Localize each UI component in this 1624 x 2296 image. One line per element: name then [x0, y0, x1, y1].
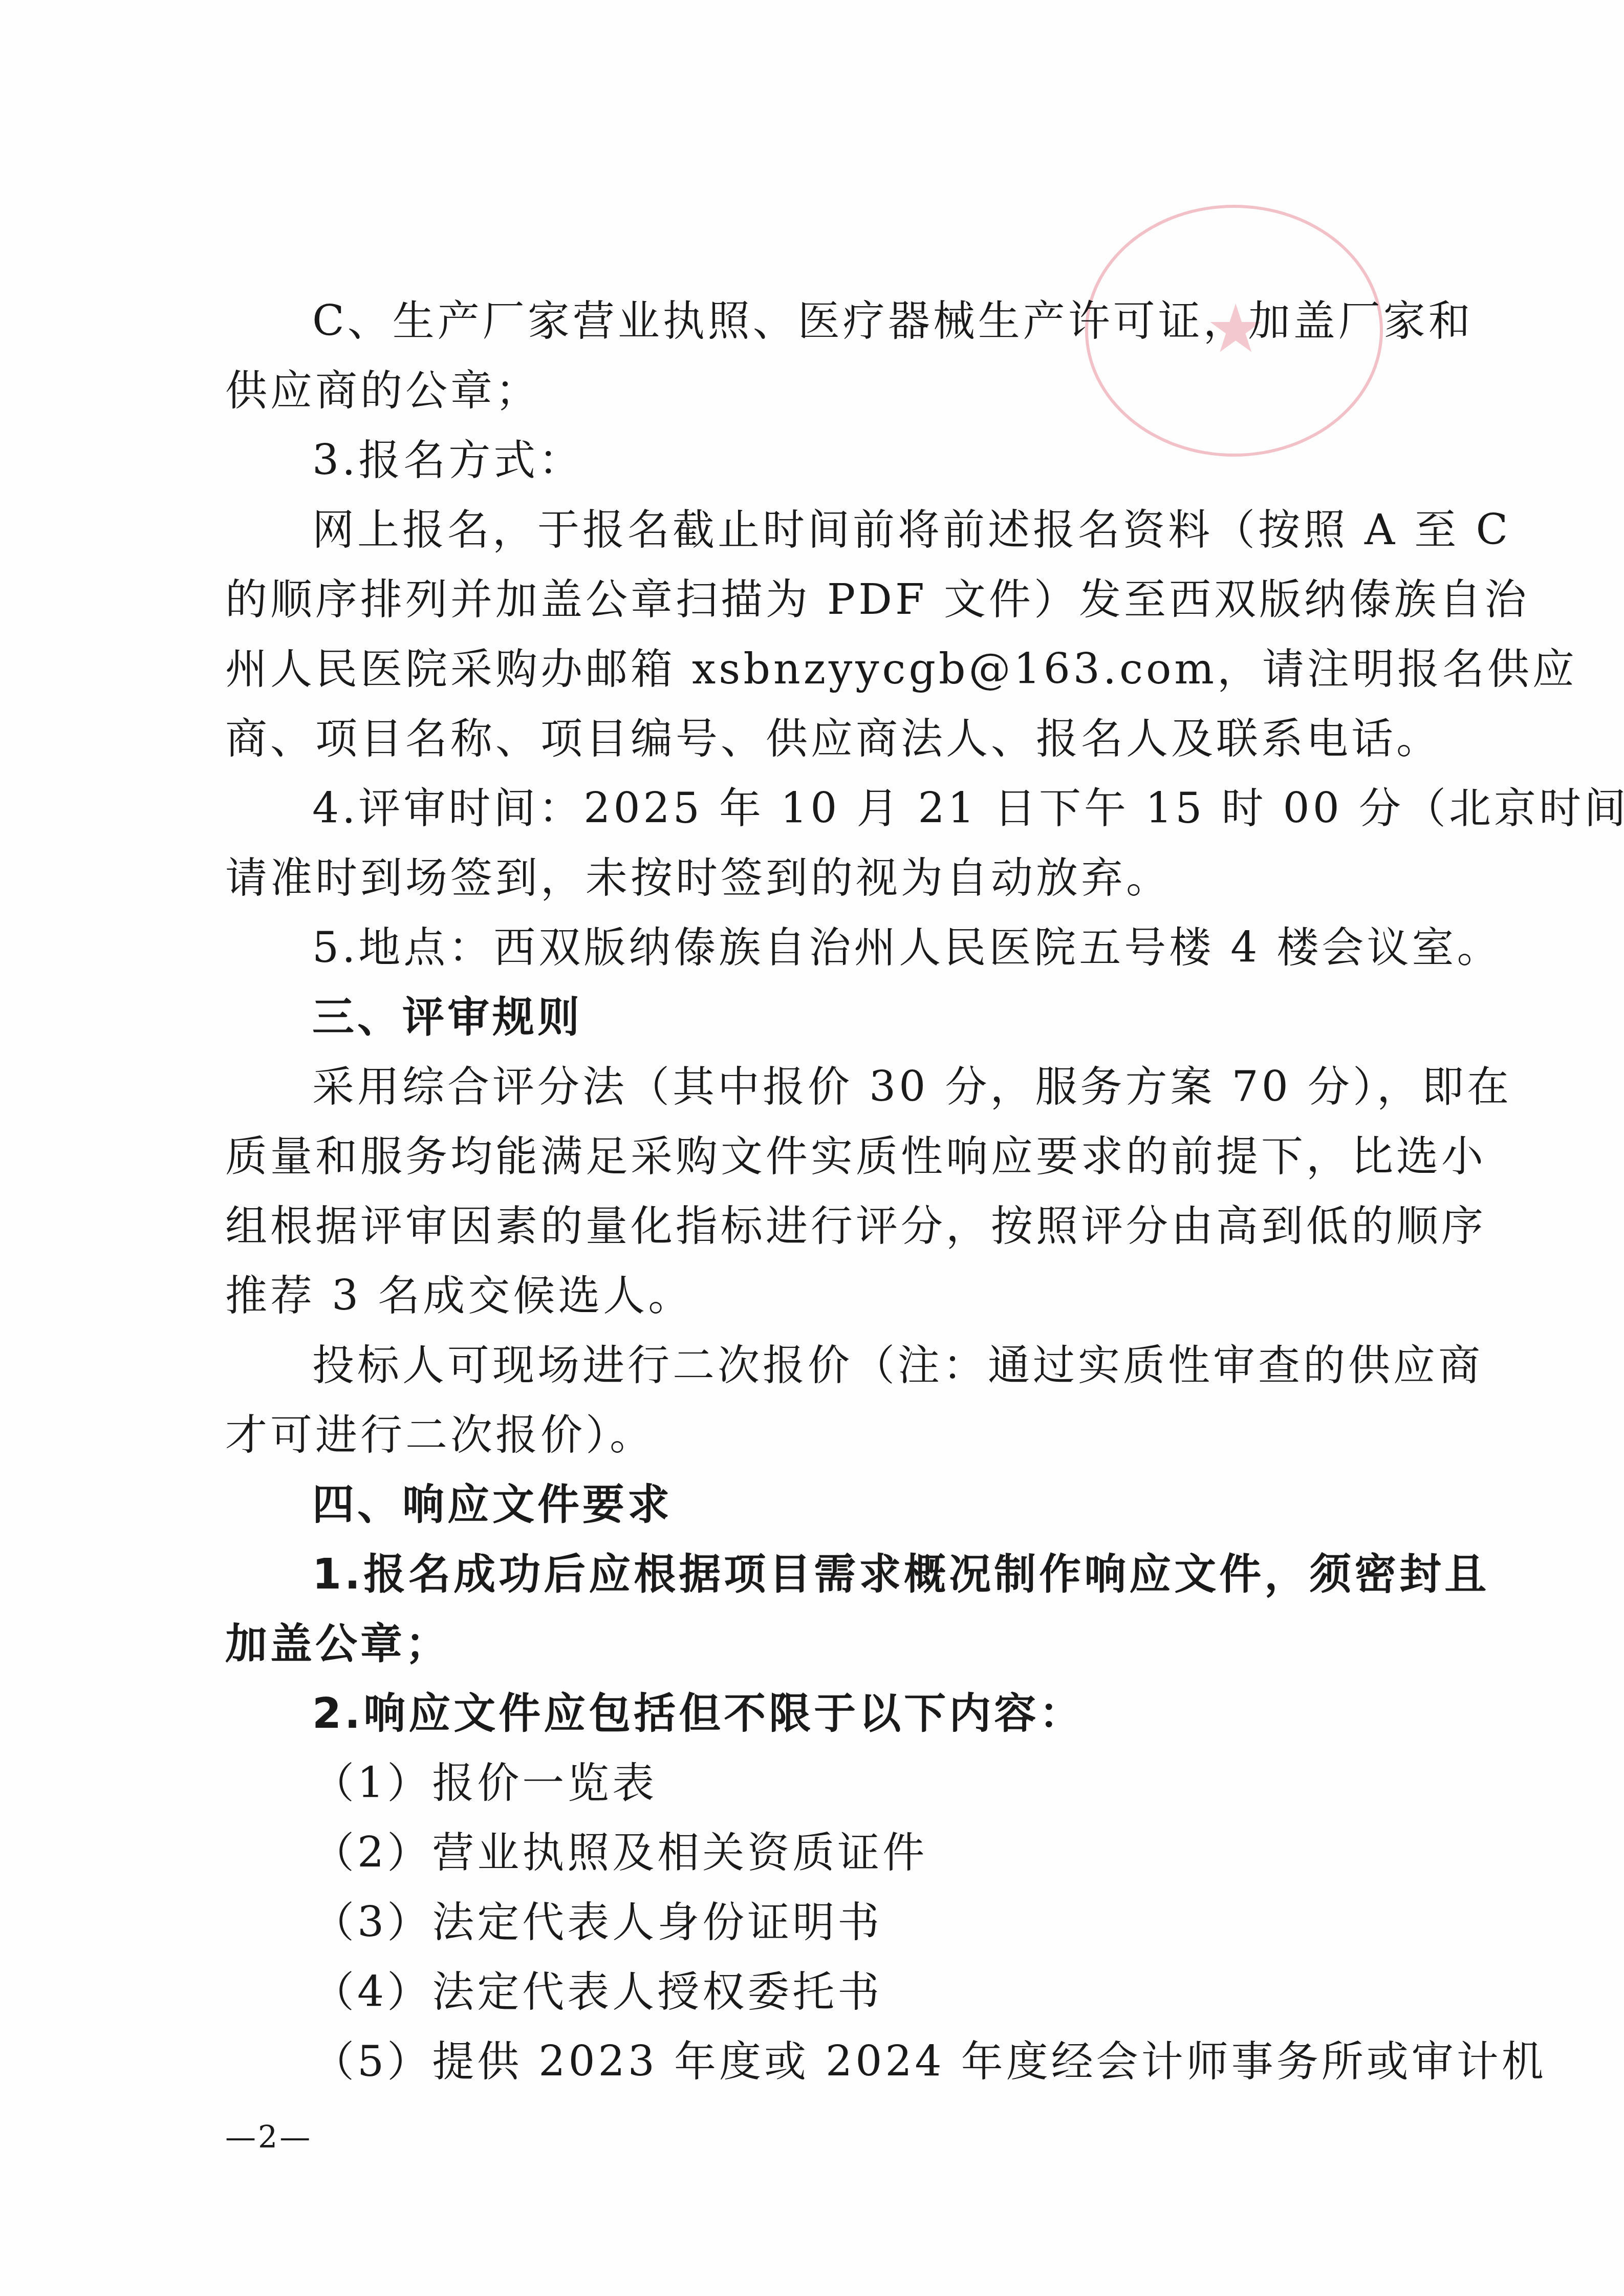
registration-method-line-1: 网上报名，于报名截止时间前将前述报名资料（按照 A 至 C [225, 496, 1433, 565]
requirement-2-line: 2.响应文件应包括但不限于以下内容： [225, 1679, 1433, 1749]
list-item-1: （1）报价一览表 [225, 1749, 1433, 1818]
scoring-method-line-3: 组根据评审因素的量化指标进行评分，按照评分由高到低的顺序 [225, 1192, 1433, 1261]
registration-method-line-4: 商、项目名称、项目编号、供应商法人、报名人及联系电话。 [225, 704, 1433, 774]
document-body: C、生产厂家营业执照、医疗器械生产许可证，加盖厂家和 供应商的公章； 3.报名方… [225, 287, 1433, 2097]
page-number: —2— [225, 2119, 312, 2155]
registration-method-line-3: 州人民医院采购办邮箱 xsbnzyycgb@163.com，请注明报名供应 [225, 635, 1433, 704]
second-quote-line-2: 才可进行二次报价）。 [225, 1401, 1433, 1470]
list-item-2: （2）营业执照及相关资质证件 [225, 1818, 1433, 1888]
registration-method-title: 3.报名方式： [225, 426, 1433, 496]
scoring-method-line-2: 质量和服务均能满足采购文件实质性响应要求的前提下，比选小 [225, 1122, 1433, 1192]
document-page: ★ C、生产厂家营业执照、医疗器械生产许可证，加盖厂家和 供应商的公章； 3.报… [0, 0, 1624, 2296]
review-time-line-2: 请准时到场签到，未按时签到的视为自动放弃。 [225, 844, 1433, 913]
review-time-line-1: 4.评审时间：2025 年 10 月 21 日下午 15 时 00 分（北京时间… [225, 774, 1433, 844]
requirement-1-line-1: 1.报名成功后应根据项目需求概况制作响应文件，须密封且 [225, 1540, 1433, 1610]
paragraph-c-item-line-2: 供应商的公章； [225, 356, 1433, 426]
section-4-heading: 四、响应文件要求 [225, 1470, 1433, 1540]
list-item-5: （5）提供 2023 年度或 2024 年度经会计师事务所或审计机 [225, 2027, 1433, 2097]
requirement-1-line-2: 加盖公章； [225, 1610, 1433, 1679]
list-item-4: （4）法定代表人授权委托书 [225, 1958, 1433, 2027]
section-3-heading: 三、评审规则 [225, 983, 1433, 1053]
second-quote-line-1: 投标人可现场进行二次报价（注：通过实质性审查的供应商 [225, 1331, 1433, 1401]
scoring-method-line-4: 推荐 3 名成交候选人。 [225, 1261, 1433, 1331]
scoring-method-line-1: 采用综合评分法（其中报价 30 分，服务方案 70 分），即在 [225, 1053, 1433, 1122]
list-item-3: （3）法定代表人身份证明书 [225, 1888, 1433, 1958]
location-line: 5.地点：西双版纳傣族自治州人民医院五号楼 4 楼会议室。 [225, 913, 1433, 983]
registration-method-line-2: 的顺序排列并加盖公章扫描为 PDF 文件）发至西双版纳傣族自治 [225, 565, 1433, 635]
paragraph-c-item-line-1: C、生产厂家营业执照、医疗器械生产许可证，加盖厂家和 [225, 287, 1433, 356]
